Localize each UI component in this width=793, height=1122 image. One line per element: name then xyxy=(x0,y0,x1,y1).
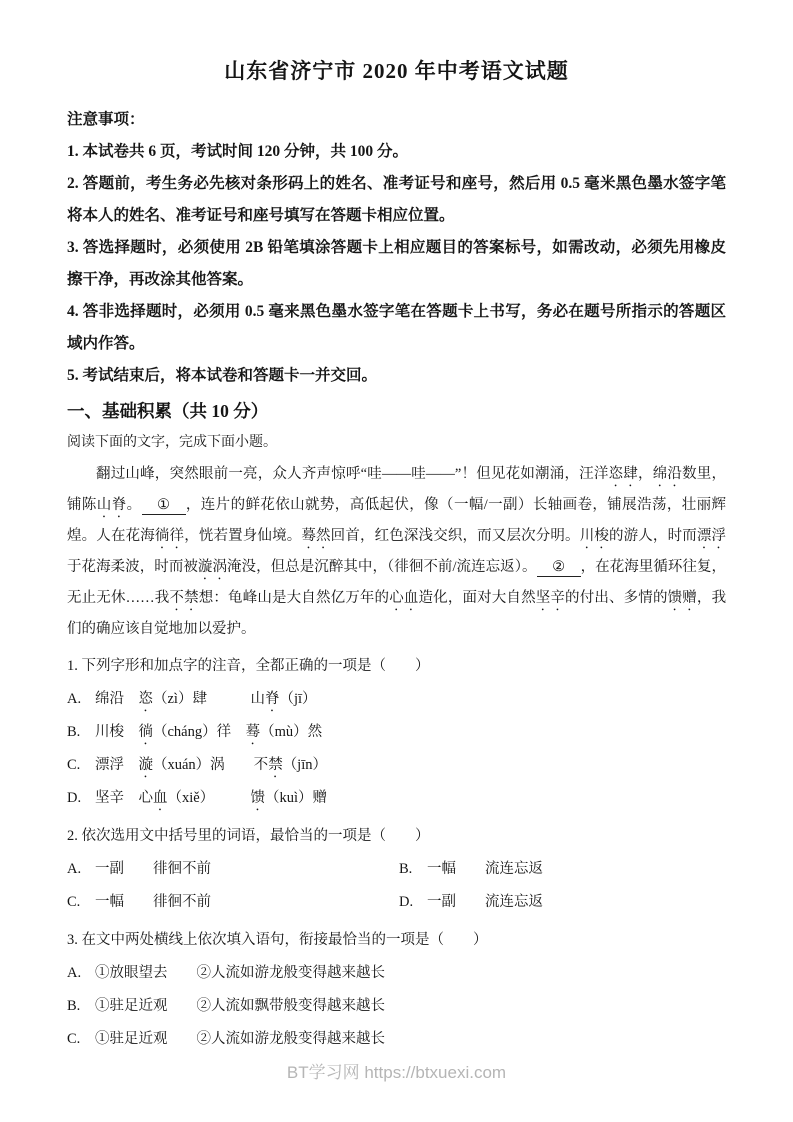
notice-item-3: 3. 答选择题时，必须使用 2B 铅笔填涂答题卡上相应题目的答案标号，如需改动，… xyxy=(67,232,726,296)
passage-paragraph: 翻过山峰，突然眼前一亮，众人齐声惊呼“哇——哇——”！但见花如潮涌，汪洋恣肆，绵… xyxy=(67,459,726,645)
option-text: 一副 徘徊不前 xyxy=(95,861,211,877)
emphasized-word: 山脊 xyxy=(97,497,127,513)
passage-text: 想：龟峰山是大自然亿万年的 xyxy=(199,590,389,606)
q1-option-d: D.坚辛 心血（xiě） 馈（kuì）赠 xyxy=(67,782,726,815)
option-label: A. xyxy=(67,683,95,716)
reading-instruction: 阅读下面的文字，完成下面小题。 xyxy=(67,428,726,457)
option-label: D. xyxy=(399,886,427,919)
option-text: 一幅 流连忘返 xyxy=(427,861,543,877)
passage-text: ， xyxy=(638,466,653,482)
notice-item-2: 2. 答题前，考生务必先核对条形码上的姓名、准考证号和座号，然后用 0.5 毫米… xyxy=(67,168,726,232)
option-label: D. xyxy=(67,782,95,815)
option-text: 绵沿 xyxy=(95,691,139,707)
option-label: A. xyxy=(67,957,95,990)
option-label: C. xyxy=(67,1023,95,1056)
notice-heading: 注意事项： xyxy=(67,104,726,136)
q3-option-b: B.①驻足近观 ②人流如飘带般变得越来越长 xyxy=(67,990,726,1023)
option-text: ①驻足近观 ②人流如游龙般变得越来越长 xyxy=(95,1031,385,1047)
option-label: A. xyxy=(67,853,95,886)
question-2: 2. 依次选用文中括号里的词语，最恰当的一项是（ ） A.一副 徘徊不前 B.一… xyxy=(67,821,726,919)
passage-text: 造化，面对大自然 xyxy=(419,590,536,606)
notice-section: 注意事项： 1. 本试卷共 6 页，考试时间 120 分钟，共 100 分。 2… xyxy=(67,104,726,392)
passage-text: ，恍若置身仙境。 xyxy=(184,528,301,544)
option-text: （jīn） xyxy=(283,757,327,773)
question-3: 3. 在文中两处横线上依次填入语句，衔接最恰当的一项是（ ） A.①放眼望去 ②… xyxy=(67,925,726,1056)
emphasized-char: 馈 xyxy=(250,790,265,806)
q2-option-c: C.一幅 徘徊不前 xyxy=(67,886,399,919)
emphasized-word: 绵沿 xyxy=(653,466,682,482)
option-label: C. xyxy=(67,886,95,919)
emphasized-char: 漩 xyxy=(139,757,154,773)
q2-option-b: B.一幅 流连忘返 xyxy=(399,853,726,886)
option-text: 坚辛 心 xyxy=(95,790,153,806)
emphasized-char: 血 xyxy=(153,790,168,806)
emphasized-word: 漩涡 xyxy=(198,559,227,575)
q2-option-a: A.一副 徘徊不前 xyxy=(67,853,399,886)
notice-item-4: 4. 答非选择题时，必须用 0.5 毫来黑色墨水签字笔在答题卡上书写，务必在题号… xyxy=(67,296,726,360)
option-text: （xuán）涡 不 xyxy=(153,757,268,773)
emphasized-char: 徜 xyxy=(139,724,154,740)
emphasized-word: 心血 xyxy=(389,590,418,606)
footer-watermark: BT学习网 https://btxuexi.com xyxy=(0,1058,793,1083)
q3-option-c: C.①驻足近观 ②人流如游龙般变得越来越长 xyxy=(67,1023,726,1056)
option-label: B. xyxy=(399,853,427,886)
option-text: ①放眼望去 ②人流如游龙般变得越来越长 xyxy=(95,965,385,981)
passage-text: 回首，红色深浅交织，而又层次分明。 xyxy=(331,528,580,544)
option-text: （kuì）赠 xyxy=(265,790,327,806)
emphasized-char: 脊 xyxy=(265,691,280,707)
question-1-stem: 1. 下列字形和加点字的注音，全都正确的一项是（ ） xyxy=(67,651,726,681)
passage-text: 。 xyxy=(127,497,142,513)
q1-option-c: C.漂浮 漩（xuán）涡 不禁（jīn） xyxy=(67,749,726,782)
emphasized-char: 恣 xyxy=(139,691,154,707)
passage-blank-2: ② xyxy=(537,559,581,577)
notice-item-5: 5. 考试结束后，将本试卷和答题卡一并交回。 xyxy=(67,360,726,392)
option-text: （mù）然 xyxy=(260,724,322,740)
option-text: （xiě） xyxy=(168,790,251,806)
emphasized-char: 蓦 xyxy=(246,724,261,740)
emphasized-word: 川梭 xyxy=(580,528,609,544)
option-text: 一幅 徘徊不前 xyxy=(95,894,211,910)
emphasized-word: 漂浮 xyxy=(697,528,726,544)
option-text: （jī） xyxy=(279,691,316,707)
option-text: （cháng）徉 xyxy=(153,724,246,740)
q3-option-a: A.①放眼望去 ②人流如游龙般变得越来越长 xyxy=(67,957,726,990)
emphasized-word: 不禁 xyxy=(169,590,198,606)
option-text: 漂浮 xyxy=(95,757,139,773)
q1-option-b: B.川梭 徜（cháng）徉 蓦（mù）然 xyxy=(67,716,726,749)
emphasized-word: 蓦然 xyxy=(301,528,330,544)
q2-option-d: D.一副 流连忘返 xyxy=(399,886,726,919)
emphasized-word: 徜徉 xyxy=(155,528,184,544)
option-text: 川梭 xyxy=(95,724,139,740)
option-label: B. xyxy=(67,990,95,1023)
passage-text: 翻过山峰，突然眼前一亮，众人齐声惊呼“哇——哇——”！但见花如潮涌，汪洋 xyxy=(96,466,609,482)
question-3-stem: 3. 在文中两处横线上依次填入语句，衔接最恰当的一项是（ ） xyxy=(67,925,726,955)
option-label: C. xyxy=(67,749,95,782)
passage-text: 淹没，但总是沉醉其中，（徘徊不前/流连忘返）。 xyxy=(227,559,537,575)
emphasized-word: 馈赠 xyxy=(668,590,697,606)
passage-text: 于花海柔波，时而被 xyxy=(67,559,198,575)
passage-text: 的付出、多情的 xyxy=(565,590,668,606)
q1-option-a: A.绵沿 恣（zì）肆 山脊（jī） xyxy=(67,683,726,716)
emphasized-word: 坚辛 xyxy=(536,590,565,606)
exam-title: 山东省济宁市 2020 年中考语文试题 xyxy=(67,56,726,86)
notice-item-1: 1. 本试卷共 6 页，考试时间 120 分钟，共 100 分。 xyxy=(67,136,726,168)
option-text: （zì）肆 山 xyxy=(153,691,265,707)
emphasized-word: 恣肆 xyxy=(609,466,638,482)
passage-text: 的游人，时而 xyxy=(609,528,697,544)
question-1: 1. 下列字形和加点字的注音，全都正确的一项是（ ） A.绵沿 恣（zì）肆 山… xyxy=(67,651,726,815)
question-2-stem: 2. 依次选用文中括号里的词语，最恰当的一项是（ ） xyxy=(67,821,726,851)
option-label: B. xyxy=(67,716,95,749)
emphasized-char: 禁 xyxy=(268,757,283,773)
section-heading: 一、基础积累（共 10 分） xyxy=(67,394,726,428)
option-text: ①驻足近观 ②人流如飘带般变得越来越长 xyxy=(95,998,385,1014)
option-text: 一副 流连忘返 xyxy=(427,894,543,910)
passage-blank-1: ① xyxy=(142,497,186,515)
exam-page: 山东省济宁市 2020 年中考语文试题 注意事项： 1. 本试卷共 6 页，考试… xyxy=(0,0,793,1122)
